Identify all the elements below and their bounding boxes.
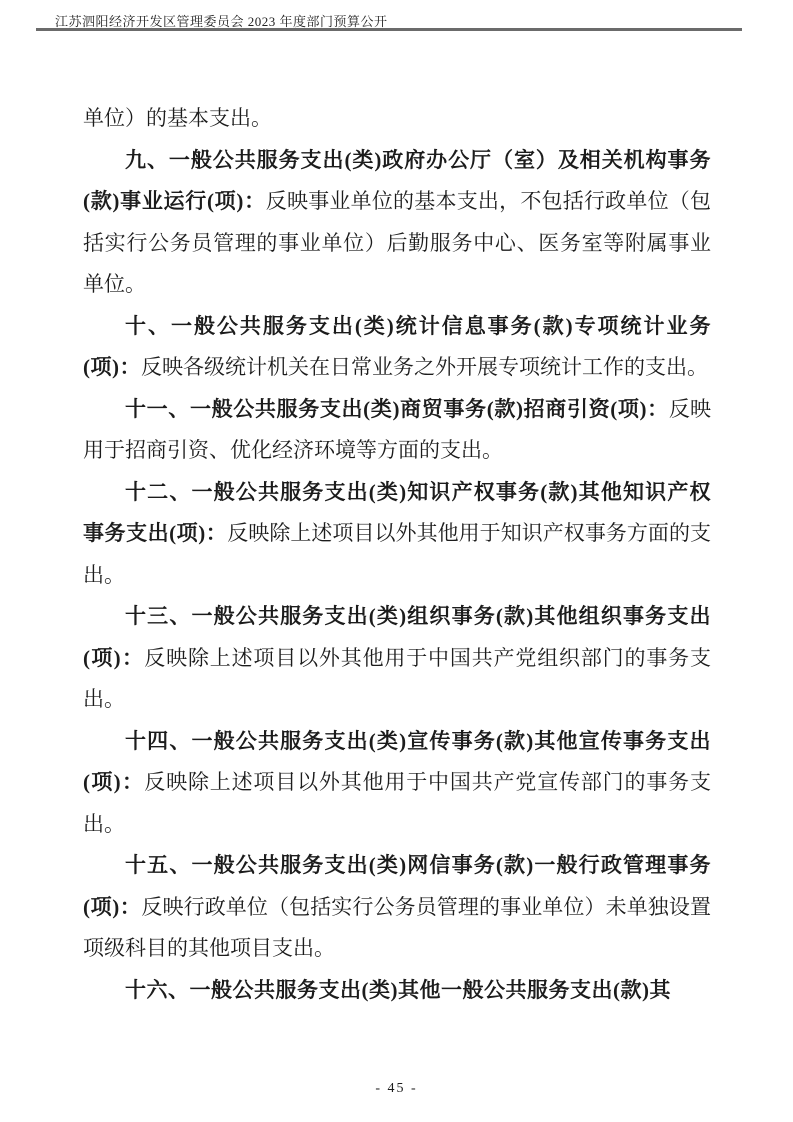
- paragraph-lead: 十一、一般公共服务支出(类)商贸事务(款)招商引资(项)：: [125, 397, 669, 421]
- paragraph-item-10: 十、一般公共服务支出(类)统计信息事务(款)专项统计业务(项)：反映各级统计机关…: [83, 306, 711, 389]
- paragraph-body: 反映各级统计机关在日常业务之外开展专项统计工作的支出。: [141, 355, 708, 379]
- paragraph-body: 反映行政单位（包括实行公务员管理的事业单位）未单独设置项级科目的其他项目支出。: [83, 895, 711, 961]
- paragraph-item-11: 十一、一般公共服务支出(类)商贸事务(款)招商引资(项)：反映用于招商引资、优化…: [83, 389, 711, 472]
- paragraph-item-13: 十三、一般公共服务支出(类)组织事务(款)其他组织事务支出(项)：反映除上述项目…: [83, 596, 711, 721]
- paragraph-item-16: 十六、一般公共服务支出(类)其他一般公共服务支出(款)其: [83, 970, 711, 1012]
- paragraph-body: 反映除上述项目以外其他用于中国共产党宣传部门的事务支出。: [83, 770, 711, 836]
- page-number: - 45 -: [0, 1081, 793, 1097]
- paragraph-item-15: 十五、一般公共服务支出(类)网信事务(款)一般行政管理事务(项)：反映行政单位（…: [83, 845, 711, 970]
- header-rule: [36, 28, 742, 31]
- document-page: 江苏泗阳经济开发区管理委员会 2023 年度部门预算公开 单位）的基本支出。 九…: [0, 0, 793, 1122]
- paragraph-lead: 十六、一般公共服务支出(类)其他一般公共服务支出(款)其: [125, 978, 671, 1002]
- paragraph-item-12: 十二、一般公共服务支出(类)知识产权事务(款)其他知识产权事务支出(项)：反映除…: [83, 472, 711, 597]
- paragraph-body: 反映除上述项目以外其他用于中国共产党组织部门的事务支出。: [83, 646, 711, 712]
- paragraph-body: 单位）的基本支出。: [83, 106, 272, 130]
- paragraph-item-9: 九、一般公共服务支出(类)政府办公厅（室）及相关机构事务(款)事业运行(项)：反…: [83, 140, 711, 306]
- paragraph-item-14: 十四、一般公共服务支出(类)宣传事务(款)其他宣传事务支出(项)：反映除上述项目…: [83, 721, 711, 846]
- document-body: 单位）的基本支出。 九、一般公共服务支出(类)政府办公厅（室）及相关机构事务(款…: [83, 98, 711, 1011]
- paragraph-continuation: 单位）的基本支出。: [83, 98, 711, 140]
